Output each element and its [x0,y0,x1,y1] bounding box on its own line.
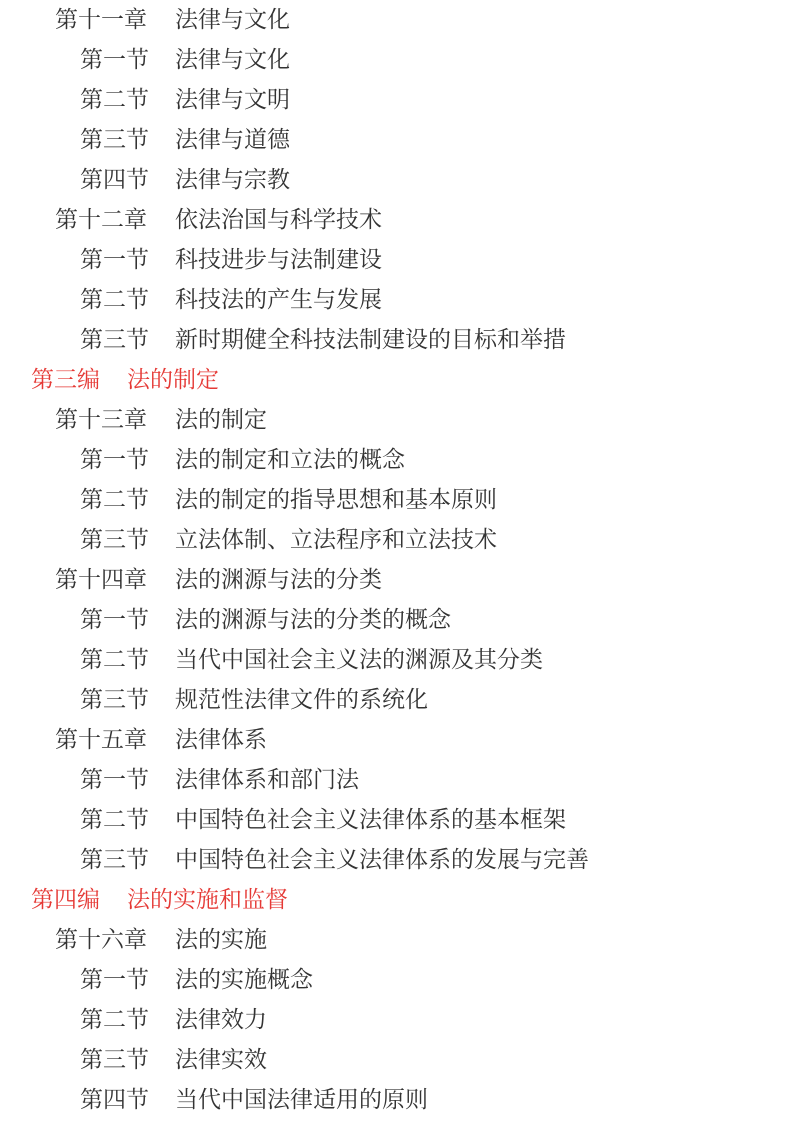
toc-title: 法的制定 [175,400,267,440]
toc-title: 法律与文化 [175,40,290,80]
toc-chapter[interactable]: 第十三章法的制定 [0,400,790,440]
toc-number: 第一节 [80,240,149,280]
toc-number: 第三节 [80,120,149,160]
toc-title: 中国特色社会主义法律体系的发展与完善 [175,840,589,880]
toc-number: 第十三章 [55,400,147,440]
toc-section[interactable]: 第二节当代中国社会主义法的渊源及其分类 [0,640,790,680]
toc-title: 法的实施和监督 [127,880,288,920]
toc-section[interactable]: 第一节法律体系和部门法 [0,760,790,800]
toc-number: 第一节 [80,440,149,480]
toc-number: 第一节 [80,40,149,80]
toc-number: 第三节 [80,840,149,880]
toc-number: 第十四章 [55,560,147,600]
table-of-contents: 第十一章法律与文化 第一节法律与文化 第二节法律与文明 第三节法律与道德 第四节… [0,0,790,1120]
toc-number: 第二节 [80,80,149,120]
toc-number: 第三节 [80,320,149,360]
toc-title: 法的实施 [175,920,267,960]
toc-chapter[interactable]: 第十四章法的渊源与法的分类 [0,560,790,600]
toc-number: 第十六章 [55,920,147,960]
toc-title: 法律与文明 [175,80,290,120]
toc-section[interactable]: 第三节新时期健全科技法制建设的目标和举措 [0,320,790,360]
toc-number: 第十一章 [55,0,147,40]
toc-section[interactable]: 第二节科技法的产生与发展 [0,280,790,320]
toc-title: 新时期健全科技法制建设的目标和举措 [175,320,566,360]
toc-title: 法的实施概念 [175,960,313,1000]
toc-number: 第一节 [80,600,149,640]
toc-part[interactable]: 第四编法的实施和监督 [0,880,790,920]
toc-title: 依法治国与科学技术 [175,200,382,240]
toc-chapter[interactable]: 第十五章法律体系 [0,720,790,760]
toc-section[interactable]: 第一节科技进步与法制建设 [0,240,790,280]
toc-title: 法的制定 [127,360,219,400]
toc-title: 当代中国社会主义法的渊源及其分类 [175,640,543,680]
toc-title: 法的制定的指导思想和基本原则 [175,480,497,520]
toc-number: 第三节 [80,520,149,560]
toc-title: 法律体系 [175,720,267,760]
toc-section[interactable]: 第四节法律与宗教 [0,160,790,200]
toc-section[interactable]: 第四节当代中国法律适用的原则 [0,1080,790,1120]
toc-title: 规范性法律文件的系统化 [175,680,428,720]
toc-number: 第二节 [80,640,149,680]
toc-section[interactable]: 第二节法的制定的指导思想和基本原则 [0,480,790,520]
toc-title: 当代中国法律适用的原则 [175,1080,428,1120]
toc-title: 法的渊源与法的分类的概念 [175,600,451,640]
toc-title: 法律实效 [175,1040,267,1080]
toc-number: 第三编 [31,360,100,400]
toc-chapter[interactable]: 第十一章法律与文化 [0,0,790,40]
toc-number: 第二节 [80,1000,149,1040]
toc-section[interactable]: 第一节法律与文化 [0,40,790,80]
toc-section[interactable]: 第一节法的制定和立法的概念 [0,440,790,480]
toc-title: 立法体制、立法程序和立法技术 [175,520,497,560]
toc-number: 第十二章 [55,200,147,240]
toc-section[interactable]: 第三节中国特色社会主义法律体系的发展与完善 [0,840,790,880]
toc-section[interactable]: 第三节法律与道德 [0,120,790,160]
toc-section[interactable]: 第二节法律效力 [0,1000,790,1040]
toc-section[interactable]: 第三节规范性法律文件的系统化 [0,680,790,720]
toc-number: 第一节 [80,960,149,1000]
toc-number: 第二节 [80,280,149,320]
toc-number: 第一节 [80,760,149,800]
toc-number: 第四编 [31,880,100,920]
toc-title: 法律与道德 [175,120,290,160]
toc-section[interactable]: 第一节法的实施概念 [0,960,790,1000]
toc-number: 第二节 [80,480,149,520]
toc-title: 中国特色社会主义法律体系的基本框架 [175,800,566,840]
toc-title: 法律与宗教 [175,160,290,200]
toc-chapter[interactable]: 第十二章依法治国与科学技术 [0,200,790,240]
toc-title: 科技法的产生与发展 [175,280,382,320]
toc-section[interactable]: 第二节法律与文明 [0,80,790,120]
toc-part[interactable]: 第三编法的制定 [0,360,790,400]
toc-section[interactable]: 第三节法律实效 [0,1040,790,1080]
toc-number: 第三节 [80,1040,149,1080]
toc-number: 第四节 [80,1080,149,1120]
toc-title: 法律效力 [175,1000,267,1040]
toc-number: 第三节 [80,680,149,720]
toc-chapter[interactable]: 第十六章法的实施 [0,920,790,960]
toc-section[interactable]: 第二节中国特色社会主义法律体系的基本框架 [0,800,790,840]
toc-title: 法的制定和立法的概念 [175,440,405,480]
toc-title: 法律体系和部门法 [175,760,359,800]
toc-title: 科技进步与法制建设 [175,240,382,280]
toc-title: 法律与文化 [175,0,290,40]
toc-number: 第二节 [80,800,149,840]
toc-number: 第十五章 [55,720,147,760]
toc-title: 法的渊源与法的分类 [175,560,382,600]
toc-section[interactable]: 第三节立法体制、立法程序和立法技术 [0,520,790,560]
toc-number: 第四节 [80,160,149,200]
toc-section[interactable]: 第一节法的渊源与法的分类的概念 [0,600,790,640]
